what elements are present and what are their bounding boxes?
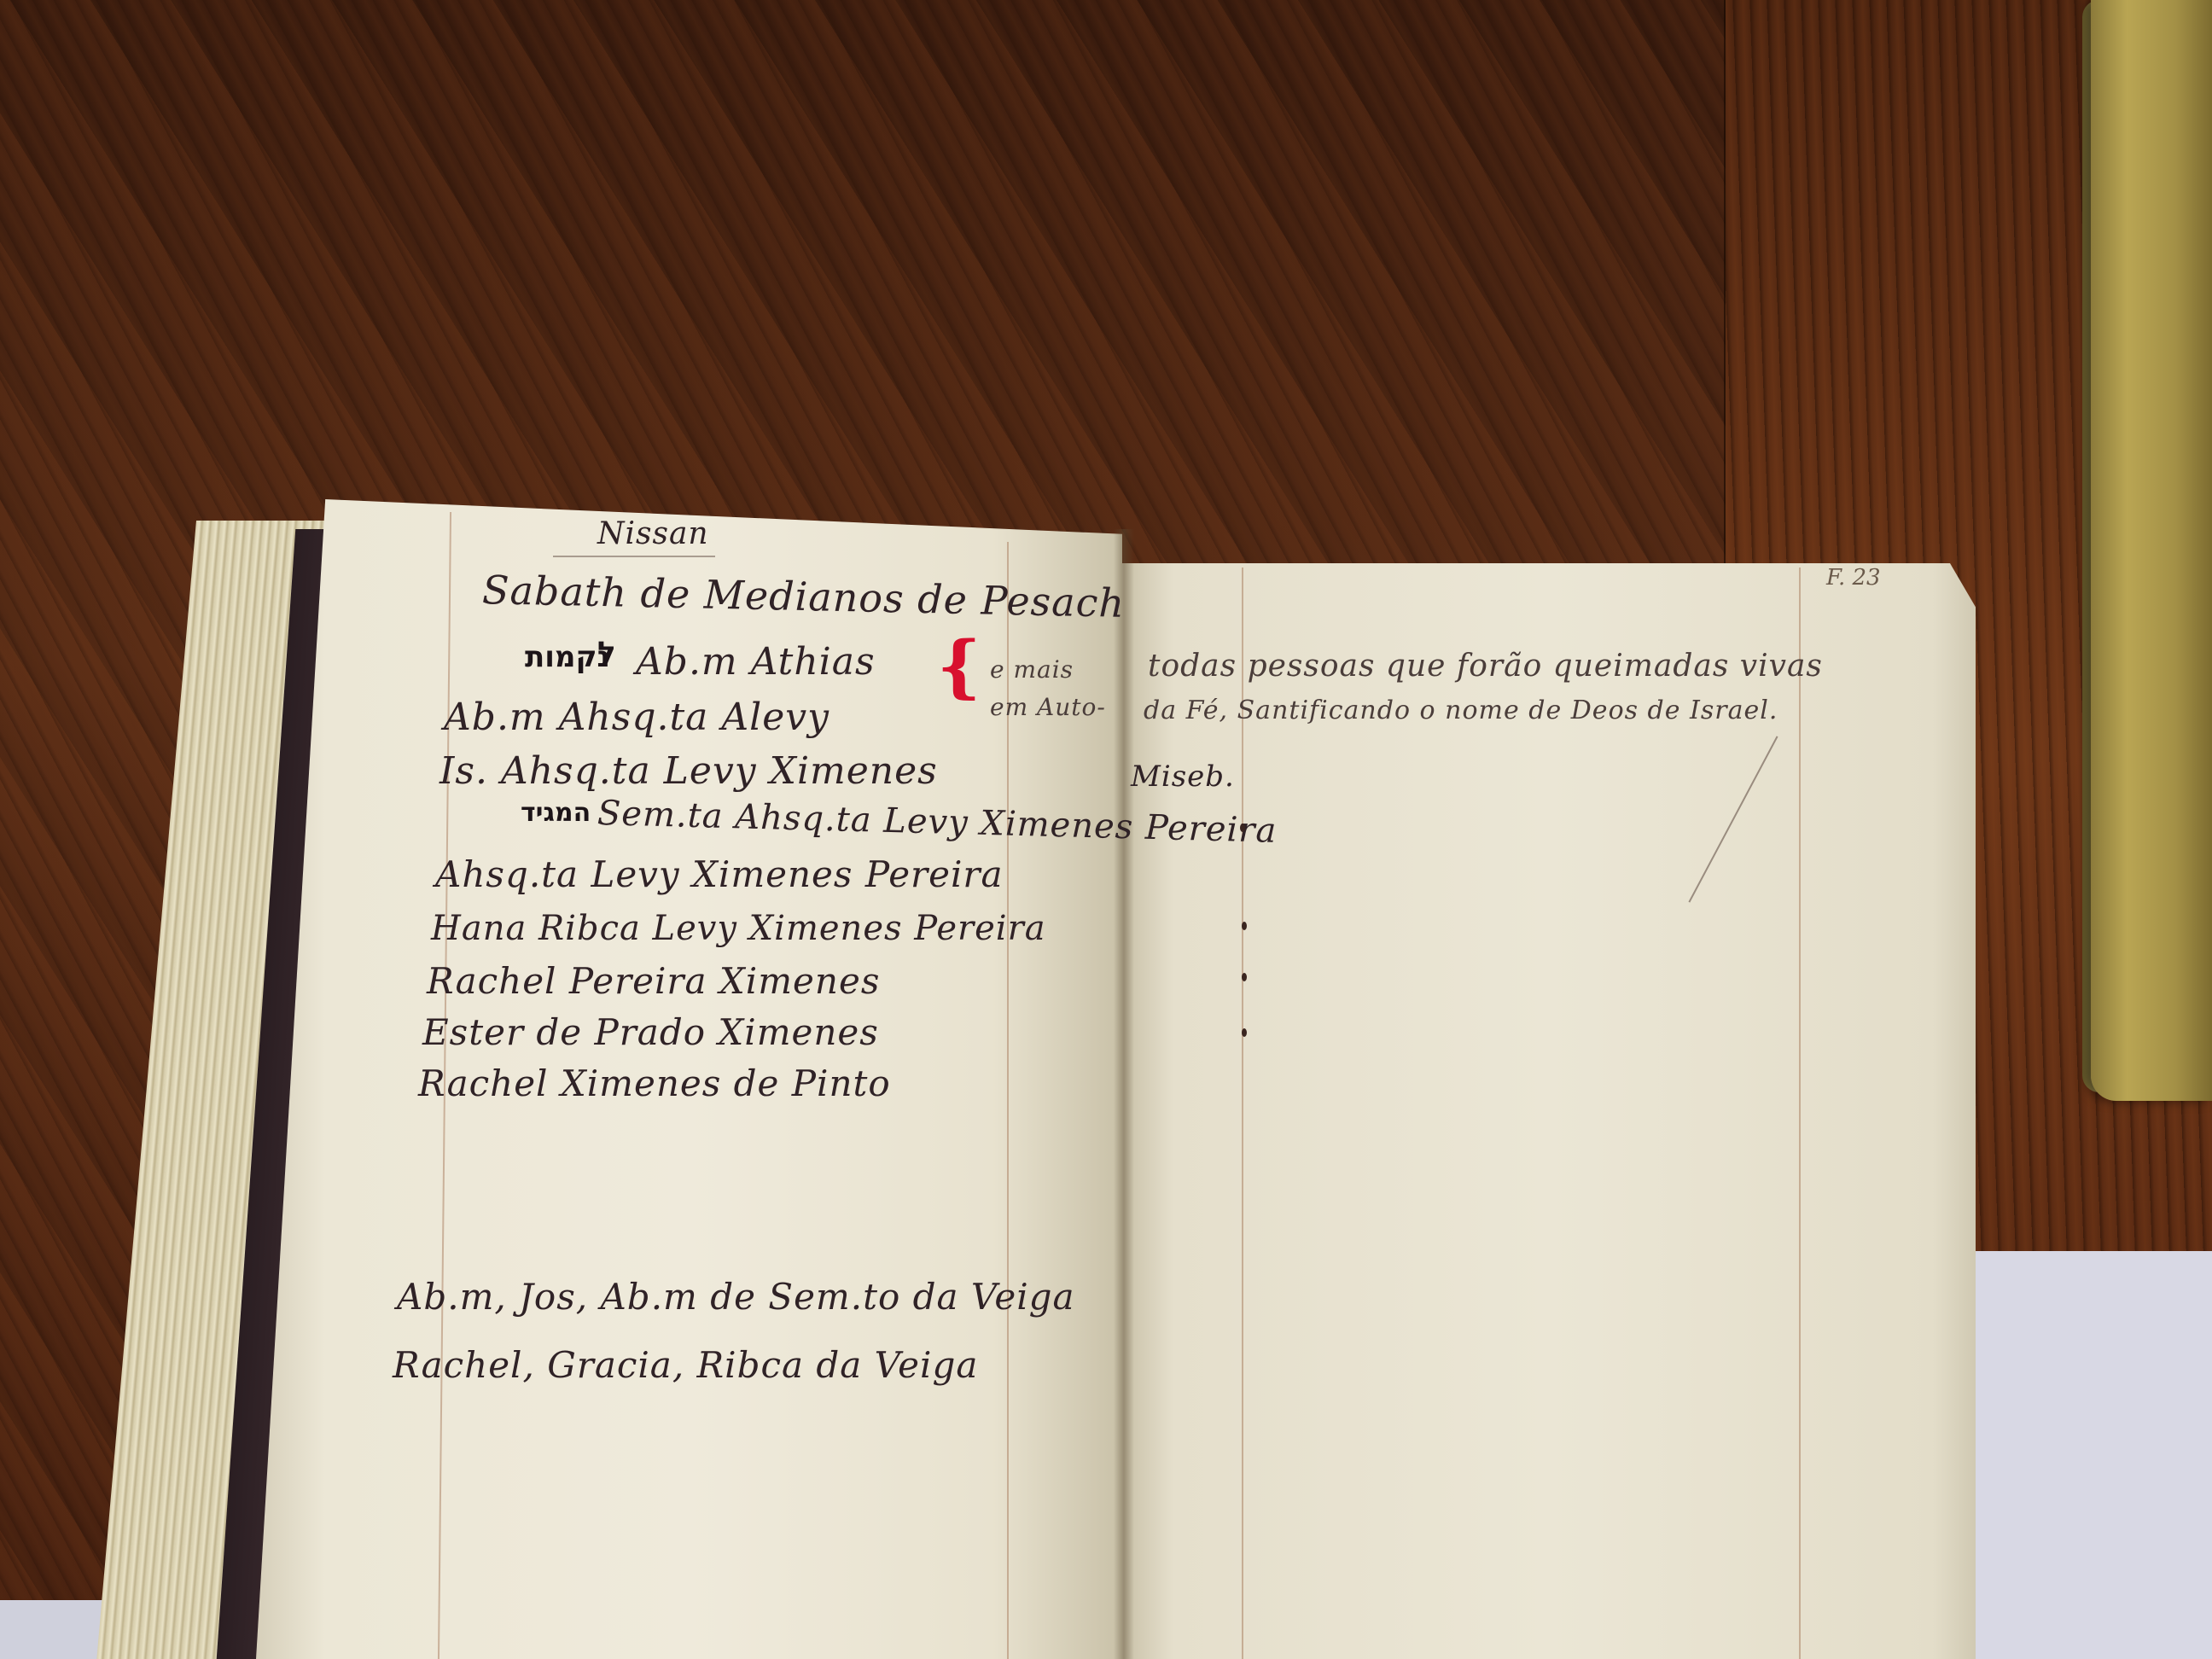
right-entry-label: Miseb. — [1131, 760, 1235, 794]
right-page — [1122, 563, 1976, 1659]
entry-row: Is. Ahsq.ta Levy Ximenes — [439, 749, 938, 793]
heading-underline — [553, 556, 715, 557]
right-text-line-1: todas pessoas que forão queimadas vivas — [1148, 649, 1823, 684]
hebrew-marker: ל — [597, 636, 616, 671]
red-brace: { — [937, 632, 981, 700]
entry-row: Hana Ribca Levy Ximenes Pereira — [431, 909, 1046, 948]
book-gutter — [1114, 529, 1134, 1659]
folio-number: F. 23 — [1826, 565, 1881, 591]
ink-dot — [1242, 922, 1247, 930]
entry-row: Rachel Ximenes de Pinto — [418, 1062, 891, 1104]
entry-row: Ab.m Ahsq.ta Alevy — [444, 696, 829, 739]
margin-note-line-2: em Auto- — [990, 693, 1106, 721]
entry-athias: Ab.m Athias — [636, 640, 876, 684]
right-page-margin-rule — [1242, 568, 1243, 1659]
margin-note-line-1: e mais — [990, 655, 1074, 684]
ink-dot — [1240, 824, 1245, 832]
hebrew-label-hamagid: המגיד — [521, 798, 591, 828]
entry-row: Ester de Prado Ximenes — [422, 1011, 879, 1053]
entry-row: Rachel, Gracia, Ribca da Veiga — [393, 1344, 978, 1386]
page-heading: Nissan — [597, 516, 709, 551]
entry-row: Ab.m, Jos, Ab.m de Sem.to da Veiga — [397, 1276, 1075, 1318]
white-paper-sheet — [1954, 1251, 2212, 1659]
other-book — [2091, 0, 2212, 1101]
right-page-right-rule — [1799, 568, 1801, 1659]
ink-dot — [1242, 1028, 1247, 1037]
entry-row: Rachel Pereira Ximenes — [427, 960, 880, 1002]
entry-row: Ahsq.ta Levy Ximenes Pereira — [435, 853, 1004, 895]
ink-dot — [1242, 973, 1247, 981]
right-text-line-2: da Fé, Santificando o nome de Deos de Is… — [1144, 696, 1778, 725]
